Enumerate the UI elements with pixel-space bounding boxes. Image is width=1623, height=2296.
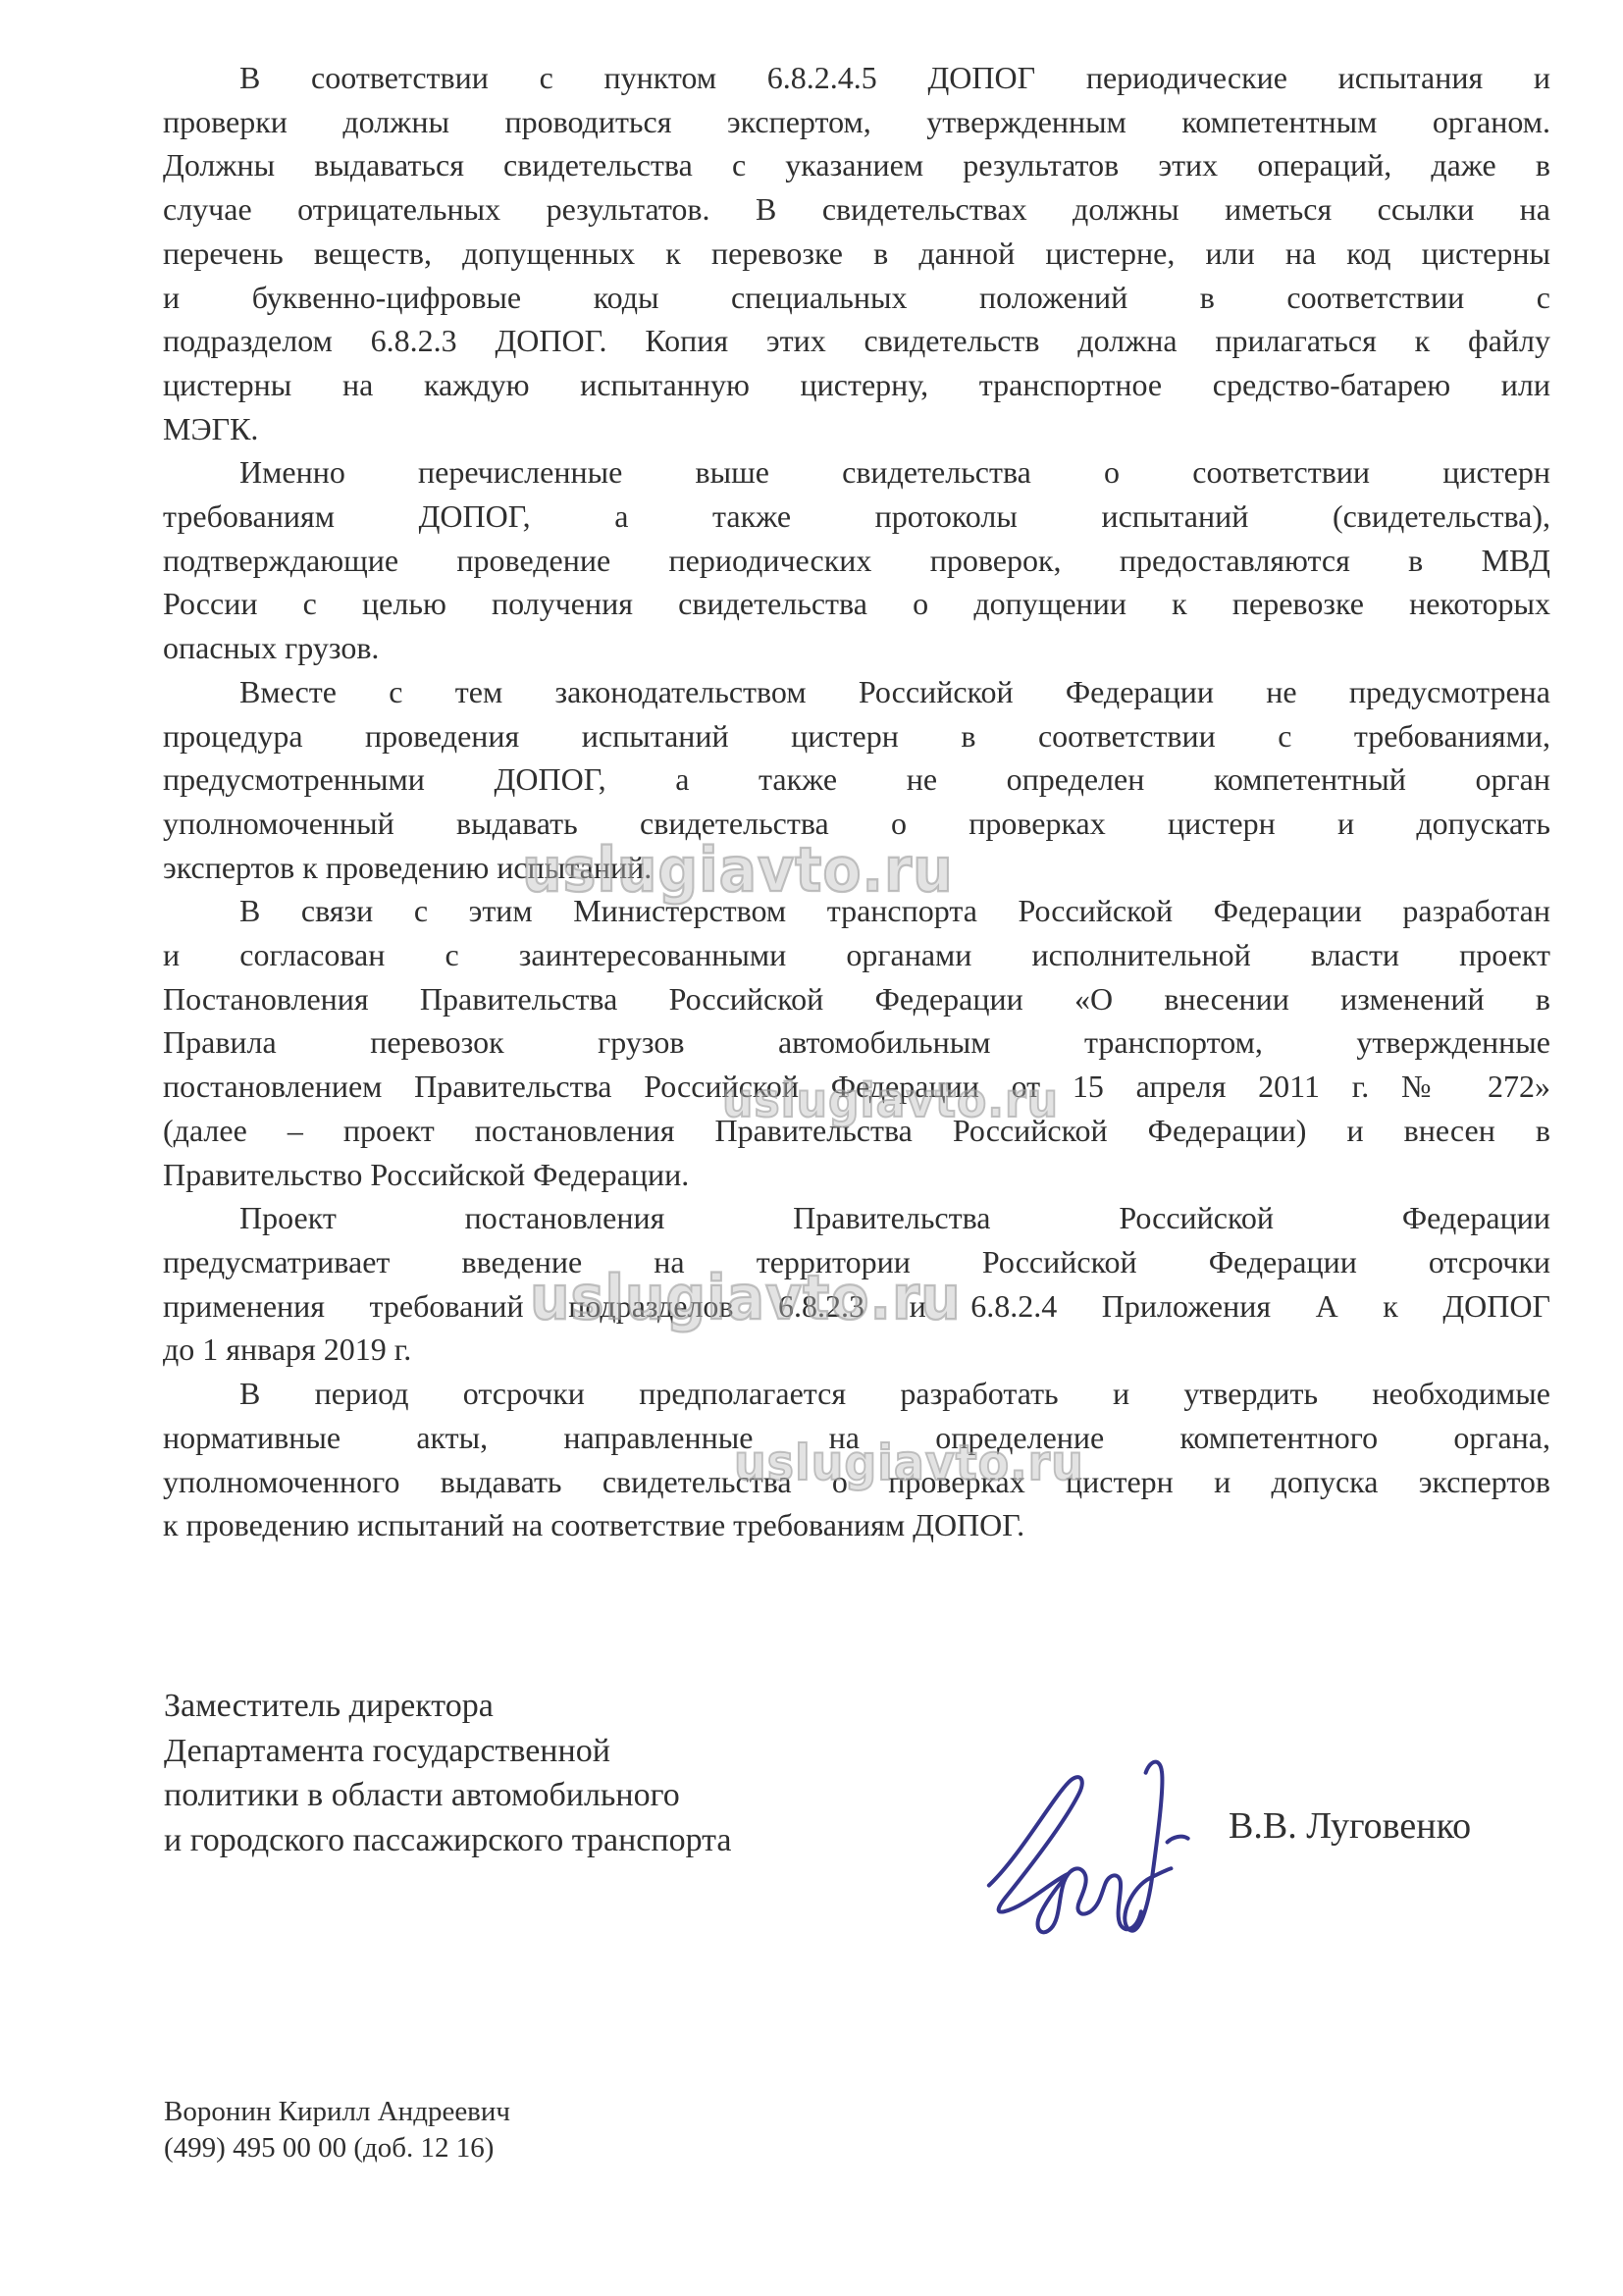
- text-line: требованиям ДОПОГ, а также протоколы исп…: [163, 495, 1550, 539]
- document-page: В соответствии с пунктом 6.8.2.4.5 ДОПОГ…: [0, 0, 1623, 2296]
- text-line: опасных грузов.: [163, 626, 1550, 670]
- text-line: и согласован с заинтересованными органам…: [163, 933, 1550, 977]
- text-line: подразделом 6.8.2.3 ДОПОГ. Копия этих св…: [163, 319, 1550, 363]
- text-line: Именно перечисленные выше свидетельства …: [163, 450, 1550, 495]
- text-line: В период отсрочки предполагается разрабо…: [163, 1372, 1550, 1416]
- contact-name: Воронин Кирилл Андреевич: [164, 2094, 510, 2130]
- document-body: В соответствии с пунктом 6.8.2.4.5 ДОПОГ…: [163, 56, 1550, 1547]
- text-line: МЭГК.: [163, 407, 1550, 451]
- text-line: перечень веществ, допущенных к перевозке…: [163, 232, 1550, 276]
- text-line: случае отрицательных результатов. В свид…: [163, 187, 1550, 232]
- contact-phone: (499) 495 00 00 (доб. 12 16): [164, 2130, 510, 2166]
- text-line: В соответствии с пунктом 6.8.2.4.5 ДОПОГ…: [163, 56, 1550, 100]
- text-line: подтверждающие проведение периодических …: [163, 539, 1550, 583]
- text-line: В связи с этим Министерством транспорта …: [163, 889, 1550, 933]
- text-line: уполномоченный выдавать свидетельства о …: [163, 802, 1550, 846]
- text-line: Проект постановления Правительства Росси…: [163, 1196, 1550, 1240]
- text-line: процедура проведения испытаний цистерн в…: [163, 714, 1550, 758]
- text-line: цистерны на каждую испытанную цистерну, …: [163, 363, 1550, 407]
- text-line: России с целью получения свидетельства о…: [163, 582, 1550, 626]
- signer-title: Заместитель директораДепартамента госуда…: [164, 1684, 732, 1862]
- signer-title-line: политики в области автомобильного: [164, 1773, 732, 1818]
- signer-title-line: Департамента государственной: [164, 1729, 732, 1774]
- text-line: предусматривает введение на территории Р…: [163, 1240, 1550, 1284]
- text-line: применения требований подразделов 6.8.2.…: [163, 1284, 1550, 1329]
- text-line: предусмотренными ДОПОГ, а также не опред…: [163, 757, 1550, 802]
- text-line: (далее – проект постановления Правительс…: [163, 1109, 1550, 1153]
- text-line: к проведению испытаний на соответствие т…: [163, 1503, 1550, 1547]
- text-line: проверки должны проводиться экспертом, у…: [163, 100, 1550, 144]
- handwritten-signature-icon: [971, 1745, 1217, 1960]
- signer-name: В.В. Луговенко: [1229, 1804, 1471, 1848]
- text-line: Правительство Российской Федерации.: [163, 1153, 1550, 1197]
- text-line: уполномоченного выдавать свидетельства о…: [163, 1460, 1550, 1504]
- signer-title-line: Заместитель директора: [164, 1684, 732, 1729]
- text-line: до 1 января 2019 г.: [163, 1328, 1550, 1372]
- text-line: Вместе с тем законодательством Российско…: [163, 670, 1550, 714]
- text-line: постановлением Правительства Российской …: [163, 1065, 1550, 1109]
- contact-footer: Воронин Кирилл Андреевич (499) 495 00 00…: [164, 2094, 510, 2166]
- text-line: Правила перевозок грузов автомобильным т…: [163, 1020, 1550, 1065]
- text-line: экспертов к проведению испытаний.: [163, 846, 1550, 890]
- text-line: Постановления Правительства Российской Ф…: [163, 977, 1550, 1021]
- text-line: и буквенно-цифровые коды специальных пол…: [163, 276, 1550, 320]
- signer-title-line: и городского пассажирского транспорта: [164, 1818, 732, 1863]
- text-line: нормативные акты, направленные на опреде…: [163, 1416, 1550, 1460]
- text-line: Должны выдаваться свидетельства с указан…: [163, 143, 1550, 187]
